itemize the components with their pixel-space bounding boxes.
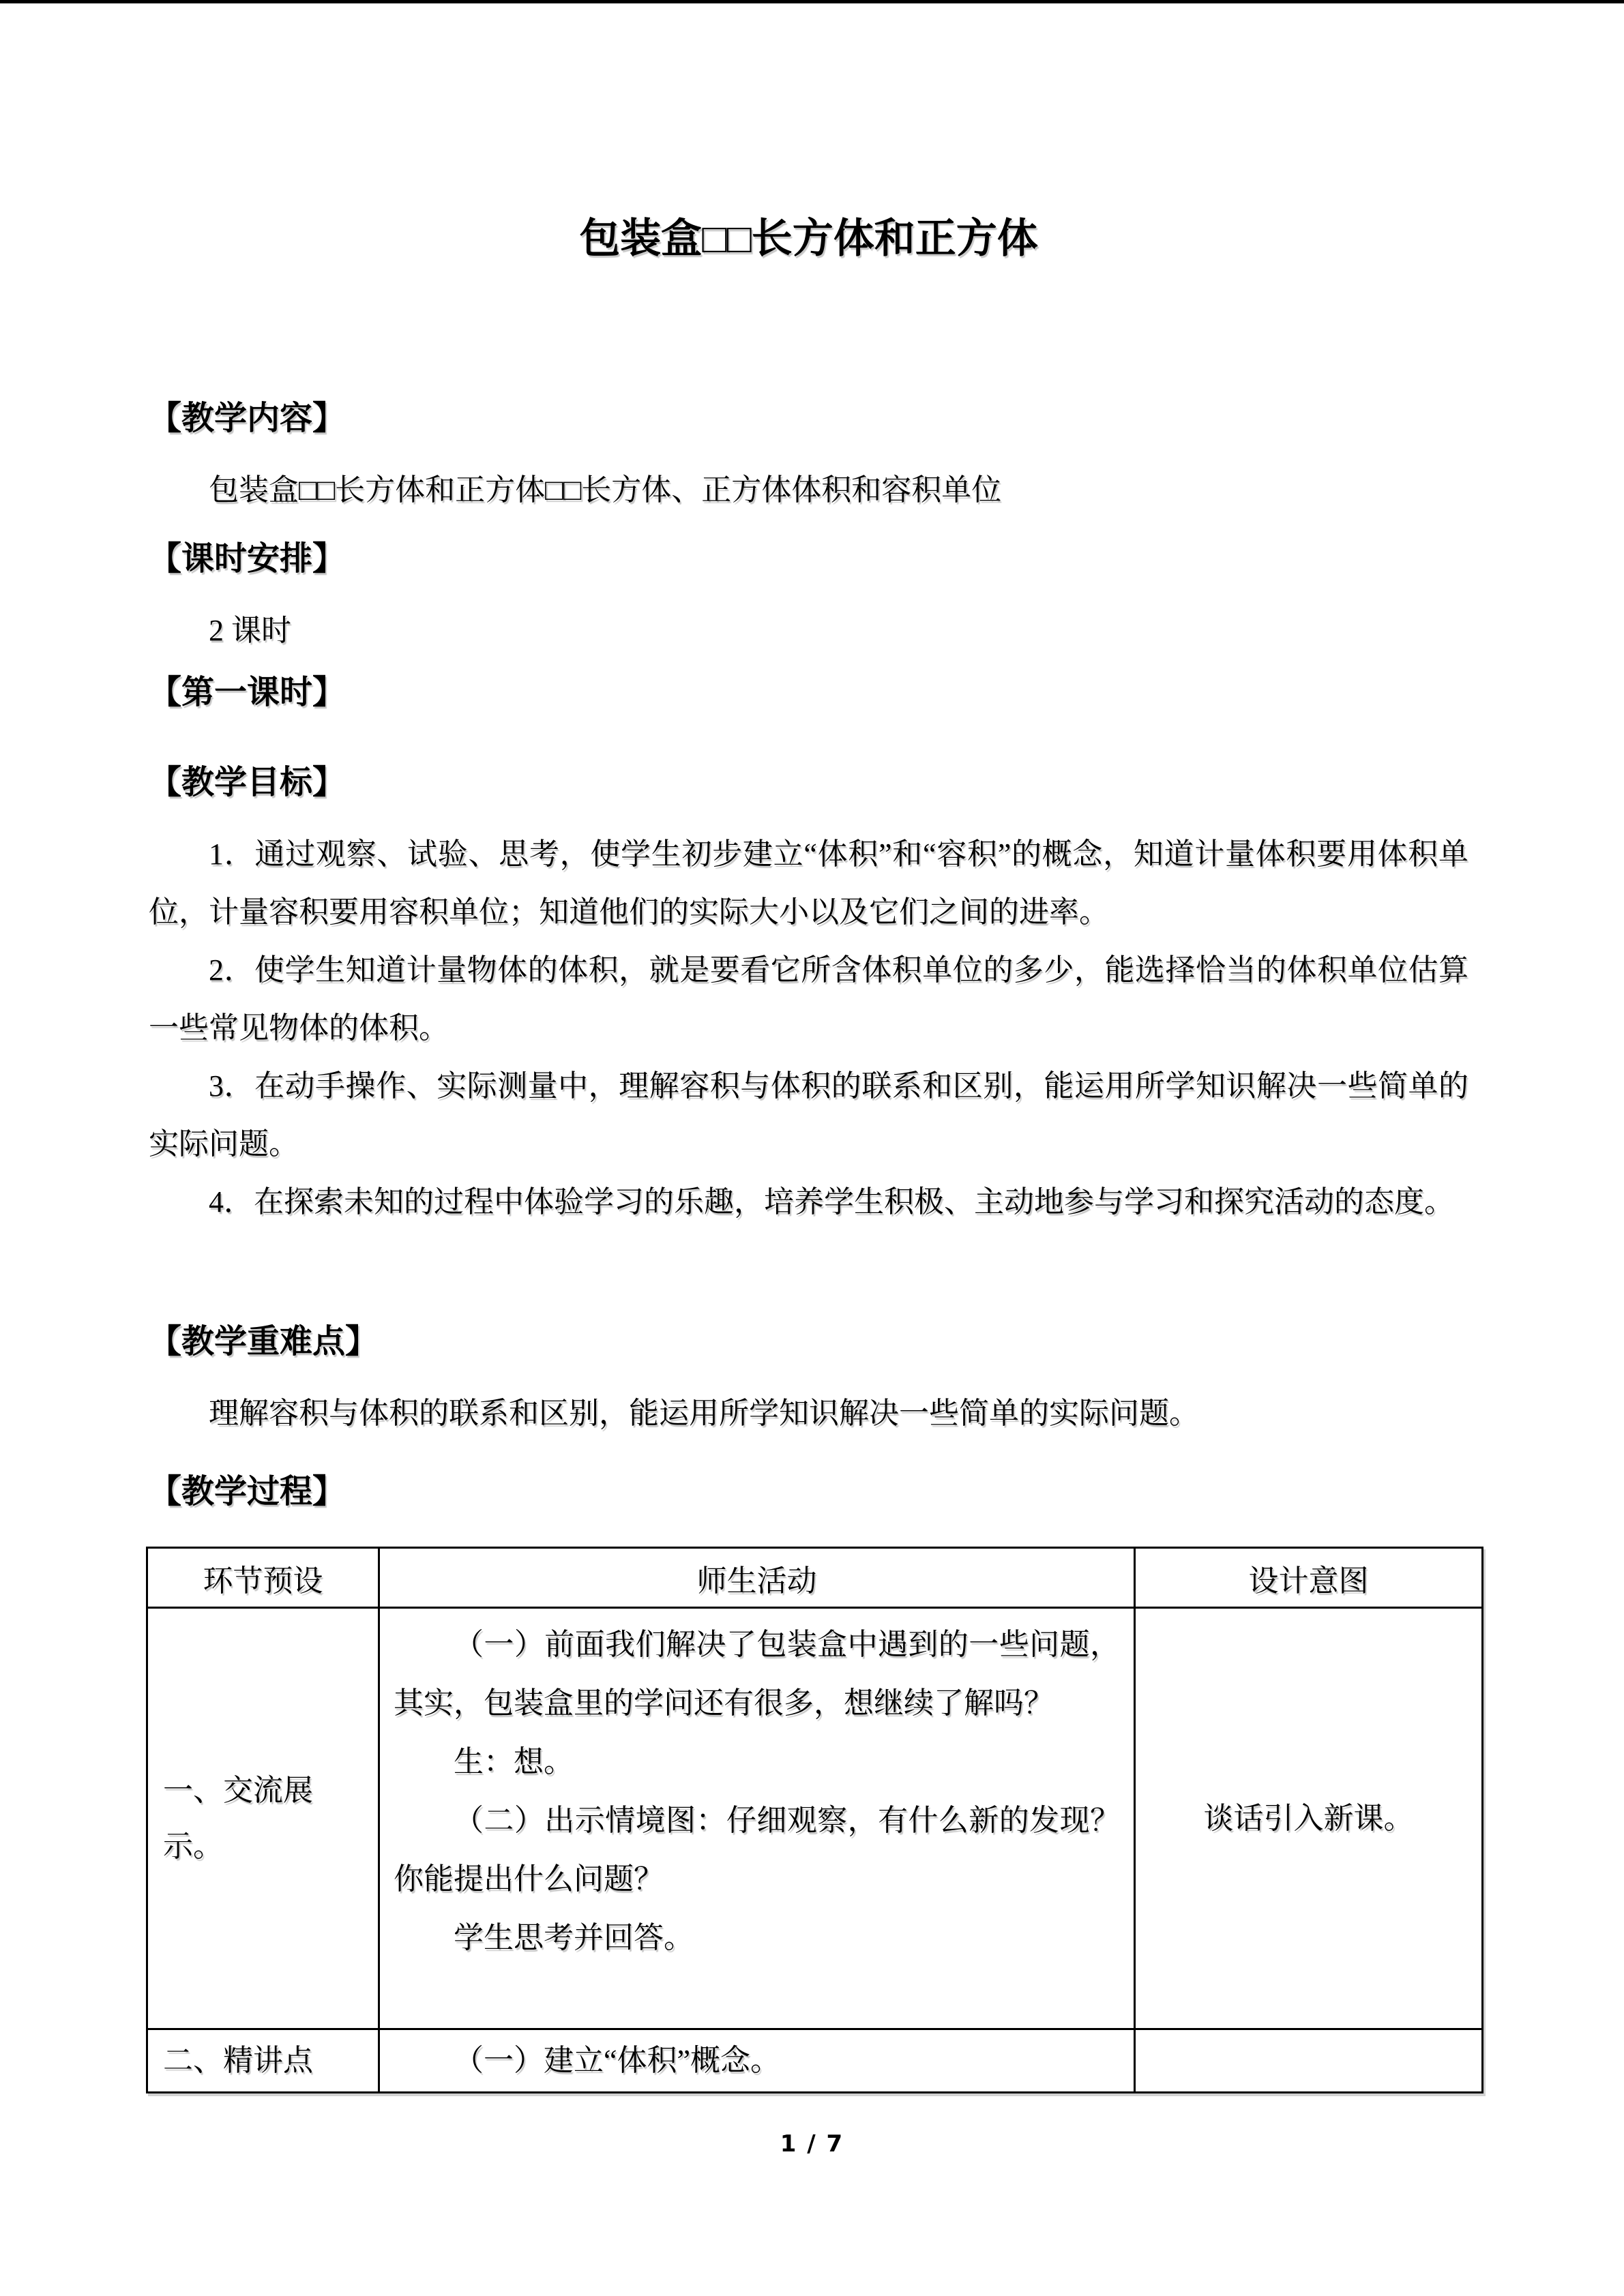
page-number: 1 / 7 <box>0 2129 1624 2159</box>
section-heading: 【教学过程】 <box>149 1470 1468 1514</box>
table-header-row: 环节预设 师生活动 设计意图 <box>147 1548 1483 1608</box>
stage-cell: 一、交流展示。 <box>147 1608 379 2029</box>
table-header-activity: 师生活动 <box>379 1548 1135 1608</box>
teaching-process-table: 环节预设 师生活动 设计意图 一、交流展示。 （一）前面我们解决了包装盒中遇到的… <box>146 1547 1483 2093</box>
table-row: 二、精讲点 （一）建立“体积”概念。 <box>147 2029 1483 2093</box>
section-body: 1．通过观察、试验、思考，使学生初步建立“体积”和“容积”的概念，知道计量体积要… <box>149 825 1468 1231</box>
paragraph: 理解容积与体积的联系和区别，能运用所学知识解决一些简单的实际问题。 <box>149 1384 1468 1442</box>
section-body: 2 课时 <box>149 601 1468 659</box>
activity-paragraph: （一）前面我们解决了包装盒中遇到的一些问题，其实，包装盒里的学问还有很多，想继续… <box>394 1615 1120 1733</box>
section-heading: 【教学目标】 <box>149 761 1468 805</box>
page-top-edge <box>0 0 1624 3</box>
section-heading: 【课时安排】 <box>149 537 1468 581</box>
document-section: 【教学重难点】 理解容积与体积的联系和区别，能运用所学知识解决一些简单的实际问题… <box>149 1320 1468 1442</box>
activity-paragraph: （一）建立“体积”概念。 <box>394 2031 1120 2090</box>
document-section: 【第一课时】 <box>149 671 1468 735</box>
section-body: 包装盒□□长方体和正方体□□长方体、正方体体积和容积单位 <box>149 461 1468 519</box>
table-header-stage: 环节预设 <box>147 1548 379 1608</box>
intent-cell <box>1135 2029 1483 2093</box>
paragraph: 4．在探索未知的过程中体验学习的乐趣，培养学生积极、主动地参与学习和探究活动的态… <box>149 1173 1468 1231</box>
section-heading: 【第一课时】 <box>149 671 1468 715</box>
document-page: 包装盒□□长方体和正方体 【教学内容】 包装盒□□长方体和正方体□□长方体、正方… <box>0 0 1624 2296</box>
document-section: 【教学内容】 包装盒□□长方体和正方体□□长方体、正方体体积和容积单位 <box>149 397 1468 519</box>
document-section: 【教学目标】 1．通过观察、试验、思考，使学生初步建立“体积”和“容积”的概念，… <box>149 761 1468 1231</box>
section-body: 理解容积与体积的联系和区别，能运用所学知识解决一些简单的实际问题。 <box>149 1384 1468 1442</box>
table-header-intent: 设计意图 <box>1135 1548 1483 1608</box>
paragraph: 3．在动手操作、实际测量中，理解容积与体积的联系和区别，能运用所学知识解决一些简… <box>149 1057 1468 1173</box>
activity-paragraph: 生：想。 <box>394 1733 1120 1791</box>
activity-paragraph: 学生思考并回答。 <box>394 1909 1120 1967</box>
document-section: 【教学过程】 <box>149 1470 1468 1534</box>
document-section: 【课时安排】 2 课时 <box>149 537 1468 659</box>
paragraph: 包装盒□□长方体和正方体□□长方体、正方体体积和容积单位 <box>149 461 1468 519</box>
stage-cell: 二、精讲点 <box>147 2029 379 2093</box>
intent-cell: 谈话引入新课。 <box>1135 1608 1483 2029</box>
paragraph: 2．使学生知道计量物体的体积，就是要看它所含体积单位的多少，能选择恰当的体积单位… <box>149 941 1468 1057</box>
table-row: 一、交流展示。 （一）前面我们解决了包装盒中遇到的一些问题，其实，包装盒里的学问… <box>147 1608 1483 2029</box>
activities-cell: （一）前面我们解决了包装盒中遇到的一些问题，其实，包装盒里的学问还有很多，想继续… <box>379 1608 1135 2029</box>
document-title: 包装盒□□长方体和正方体 <box>149 215 1468 262</box>
paragraph: 1．通过观察、试验、思考，使学生初步建立“体积”和“容积”的概念，知道计量体积要… <box>149 825 1468 941</box>
section-heading: 【教学内容】 <box>149 397 1468 441</box>
activity-paragraph: （二）出示情境图：仔细观察，有什么新的发现？你能提出什么问题？ <box>394 1791 1120 1909</box>
paragraph: 2 课时 <box>149 601 1468 659</box>
section-heading: 【教学重难点】 <box>149 1320 1468 1364</box>
table-body: 一、交流展示。 （一）前面我们解决了包装盒中遇到的一些问题，其实，包装盒里的学问… <box>147 1608 1483 2093</box>
activities-cell: （一）建立“体积”概念。 <box>379 2029 1135 2093</box>
